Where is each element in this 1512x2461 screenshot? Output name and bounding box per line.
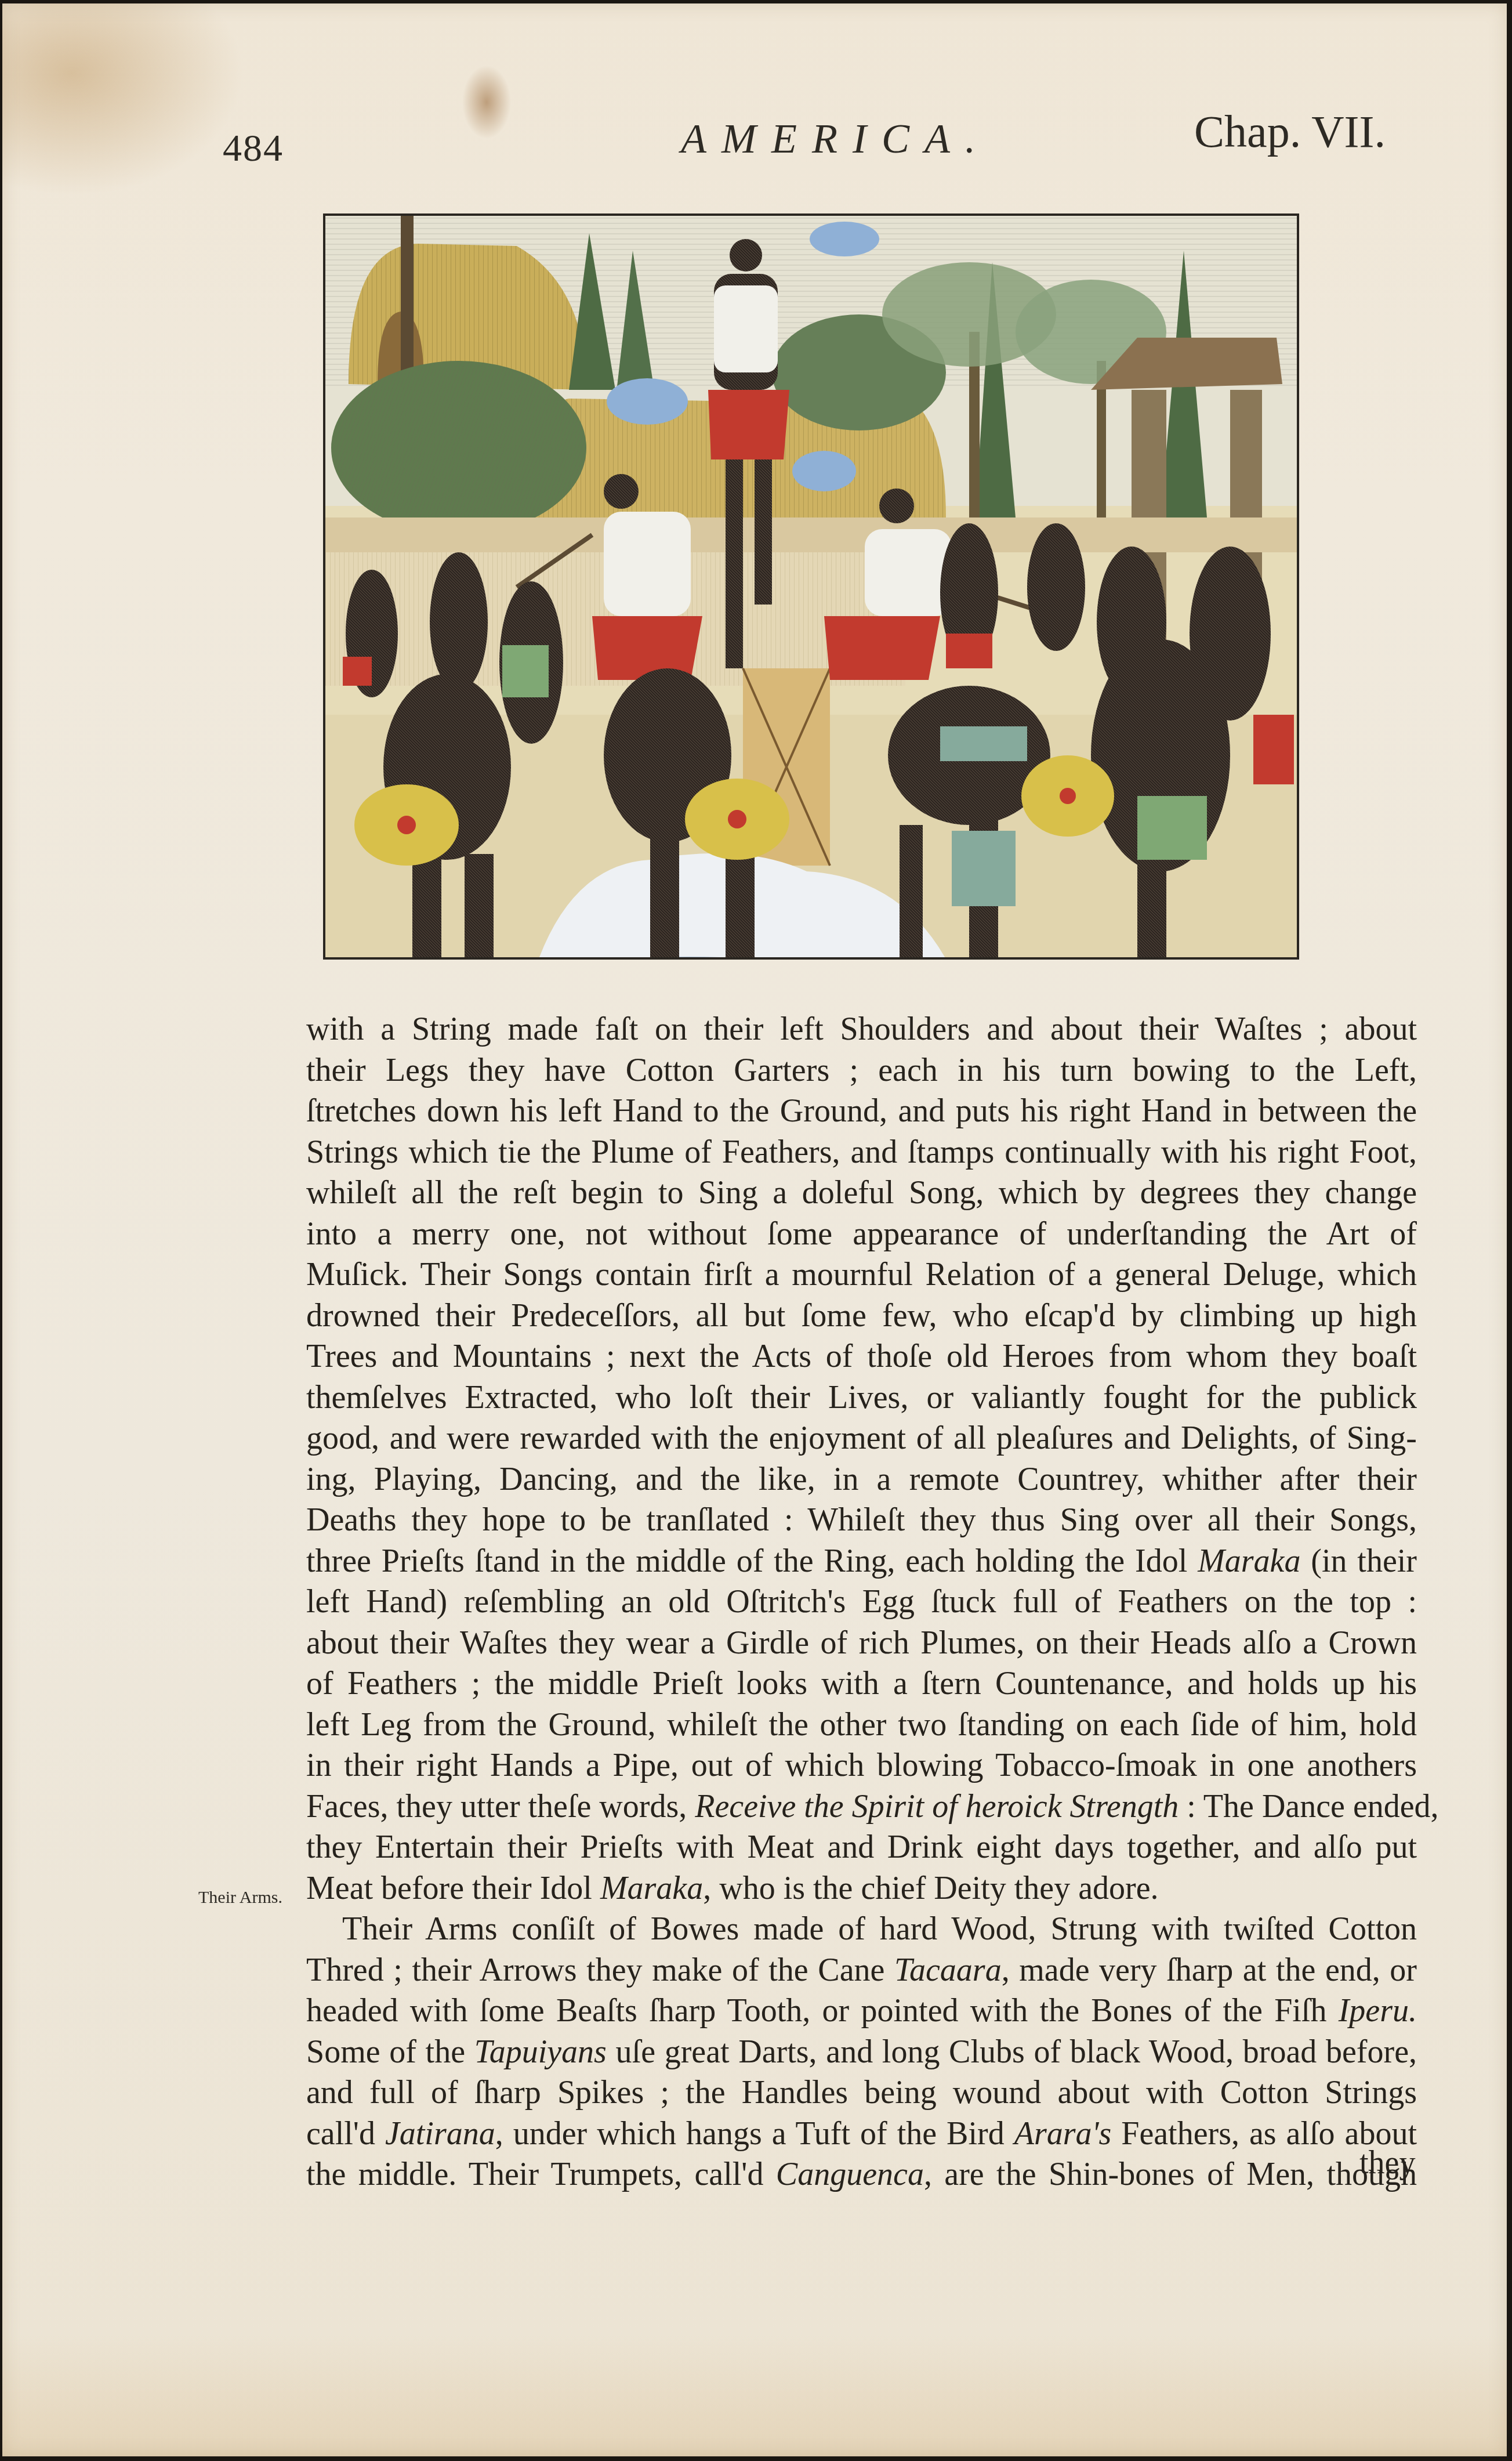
text-run: Strings which tie the Plume of Feathers,… bbox=[306, 1134, 1417, 1170]
text-run: Meat before their Idol bbox=[306, 1870, 600, 1906]
section-title: AMERICA. bbox=[681, 115, 991, 163]
text-run: of Feathers ; the middle Prieſt looks wi… bbox=[306, 1666, 1417, 1702]
italic-term: Tacaara bbox=[894, 1952, 1002, 1988]
text-line: themſelves Extracted, who loſt their Liv… bbox=[306, 1377, 1417, 1418]
text-line: Faces, they utter theſe words, Receive t… bbox=[306, 1786, 1417, 1827]
text-run: in their right Hands a Pipe, out of whic… bbox=[306, 1747, 1417, 1783]
text-line: headed with ſome Beaſts ſharp Tooth, or … bbox=[306, 1990, 1417, 2032]
text-line: ing, Playing, Dancing, and the like, in … bbox=[306, 1459, 1417, 1500]
text-run: , who is the chief Deity they adore. bbox=[703, 1870, 1158, 1906]
text-run: (in their bbox=[1300, 1543, 1417, 1579]
italic-term: Maraka bbox=[600, 1870, 703, 1906]
text-line: Thred ; their Arrows they make of the Ca… bbox=[306, 1950, 1417, 1991]
text-line: left Hand) reſembling an old Oſtritch's … bbox=[306, 1581, 1417, 1623]
engraving-illustration bbox=[323, 213, 1299, 960]
text-run: their Legs they have Cotton Garters ; ea… bbox=[306, 1052, 1417, 1088]
italic-term: Jatirana bbox=[385, 2116, 495, 2152]
text-run: uſe great Darts, and long Clubs of black… bbox=[607, 2034, 1417, 2070]
text-line: the middle. Their Trumpets, call'd Cangu… bbox=[306, 2154, 1417, 2195]
text-line: Trees and Mountains ; next the Acts of t… bbox=[306, 1336, 1417, 1377]
text-run: drowned their Predeceſſors, all but ſome… bbox=[306, 1298, 1417, 1334]
text-run: Muſick. Their Songs contain firſt a mour… bbox=[306, 1257, 1417, 1293]
text-line: into a merry one, not without ſome appea… bbox=[306, 1214, 1417, 1255]
text-run: ſtretches down his left Hand to the Grou… bbox=[306, 1093, 1417, 1129]
text-run: Faces, they utter theſe words, bbox=[306, 1789, 695, 1825]
text-line: Strings which tie the Plume of Feathers,… bbox=[306, 1132, 1417, 1173]
text-run: into a merry one, not without ſome appea… bbox=[306, 1216, 1417, 1252]
text-line: whileſt all the reſt begin to Sing a dol… bbox=[306, 1172, 1417, 1214]
text-run: headed with ſome Beaſts ſharp Tooth, or … bbox=[306, 1993, 1339, 2029]
text-run: good, and were rewarded with the enjoyme… bbox=[306, 1420, 1417, 1456]
italic-term: Arara's bbox=[1014, 2116, 1112, 2152]
text-line: their Legs they have Cotton Garters ; ea… bbox=[306, 1050, 1417, 1091]
text-line: of Feathers ; the middle Prieſt looks wi… bbox=[306, 1663, 1417, 1704]
text-line: Deaths they hope to be tranſlated : Whil… bbox=[306, 1500, 1417, 1541]
book-page: 484 AMERICA. Chap. VII. bbox=[2, 3, 1507, 2456]
text-run: Thred ; their Arrows they make of the Ca… bbox=[306, 1952, 894, 1988]
text-line: Muſick. Their Songs contain firſt a mour… bbox=[306, 1254, 1417, 1295]
text-line: and full of ſharp Spikes ; the Handles b… bbox=[306, 2072, 1417, 2113]
text-run: Their Arms conſiſt of Bowes made of hard… bbox=[342, 1911, 1417, 1947]
text-run: ing, Playing, Dancing, and the like, in … bbox=[306, 1461, 1417, 1497]
text-line: left Leg from the Ground, whileſt the ot… bbox=[306, 1704, 1417, 1746]
text-line: they Entertain their Prieſts with Meat a… bbox=[306, 1827, 1417, 1868]
text-run: with a String made faſt on their left Sh… bbox=[306, 1011, 1417, 1047]
text-line: Meat before their Idol Maraka, who is th… bbox=[306, 1868, 1417, 1909]
text-line: about their Waſtes they wear a Girdle of… bbox=[306, 1623, 1417, 1664]
text-run: , under which hangs a Tuft of the Bird bbox=[495, 2116, 1014, 2152]
text-run: call'd bbox=[306, 2116, 385, 2152]
text-run: Some of the bbox=[306, 2034, 474, 2070]
body-text: with a String made faſt on their left Sh… bbox=[306, 1009, 1417, 2195]
italic-term: Tapuiyans bbox=[474, 2034, 607, 2070]
text-line: good, and were rewarded with the enjoyme… bbox=[306, 1418, 1417, 1459]
text-run: : The Dance ended, bbox=[1179, 1789, 1438, 1825]
italic-term: Canguenca bbox=[776, 2156, 924, 2192]
text-run: , are the Shin-bones of Men, though bbox=[924, 2156, 1417, 2192]
text-run: themſelves Extracted, who loſt their Liv… bbox=[306, 1380, 1417, 1416]
text-run: Trees and Mountains ; next the Acts of t… bbox=[306, 1338, 1417, 1374]
text-run: left Leg from the Ground, whileſt the ot… bbox=[306, 1707, 1417, 1743]
text-line: three Prieſts ſtand in the middle of the… bbox=[306, 1541, 1417, 1582]
catchword: they bbox=[1359, 2144, 1415, 2181]
text-run: left Hand) reſembling an old Oſtritch's … bbox=[306, 1584, 1417, 1620]
text-run: , made very ſharp at the end, or bbox=[1002, 1952, 1417, 1988]
text-line: with a String made faſt on their left Sh… bbox=[306, 1009, 1417, 1050]
italic-term: Iperu. bbox=[1339, 1993, 1417, 2029]
text-run: about their Waſtes they wear a Girdle of… bbox=[306, 1625, 1417, 1661]
text-run: whileſt all the reſt begin to Sing a dol… bbox=[306, 1175, 1417, 1211]
text-run: and full of ſharp Spikes ; the Handles b… bbox=[306, 2075, 1417, 2111]
text-line: ſtretches down his left Hand to the Grou… bbox=[306, 1091, 1417, 1132]
dance-scene-image bbox=[325, 216, 1297, 957]
chapter-label: Chap. VII. bbox=[1194, 106, 1386, 158]
italic-term: Maraka bbox=[1198, 1543, 1300, 1579]
page-number: 484 bbox=[223, 126, 284, 171]
text-line: Some of the Tapuiyans uſe great Darts, a… bbox=[306, 2032, 1417, 2073]
text-run: Deaths they hope to be tranſlated : Whil… bbox=[306, 1502, 1417, 1538]
text-line: drowned their Predeceſſors, all but ſome… bbox=[306, 1295, 1417, 1337]
text-run: they Entertain their Prieſts with Meat a… bbox=[306, 1829, 1417, 1865]
text-run: three Prieſts ſtand in the middle of the… bbox=[306, 1543, 1198, 1579]
italic-term: Receive the Spirit of heroick Strength bbox=[695, 1789, 1179, 1825]
text-line: Their Arms conſiſt of Bowes made of hard… bbox=[306, 1909, 1417, 1950]
text-line: in their right Hands a Pipe, out of whic… bbox=[306, 1745, 1417, 1786]
text-line: call'd Jatirana, under which hangs a Tuf… bbox=[306, 2113, 1417, 2155]
text-run: the middle. Their Trumpets, call'd bbox=[306, 2156, 776, 2192]
margin-note: Their Arms. bbox=[198, 1888, 282, 1908]
